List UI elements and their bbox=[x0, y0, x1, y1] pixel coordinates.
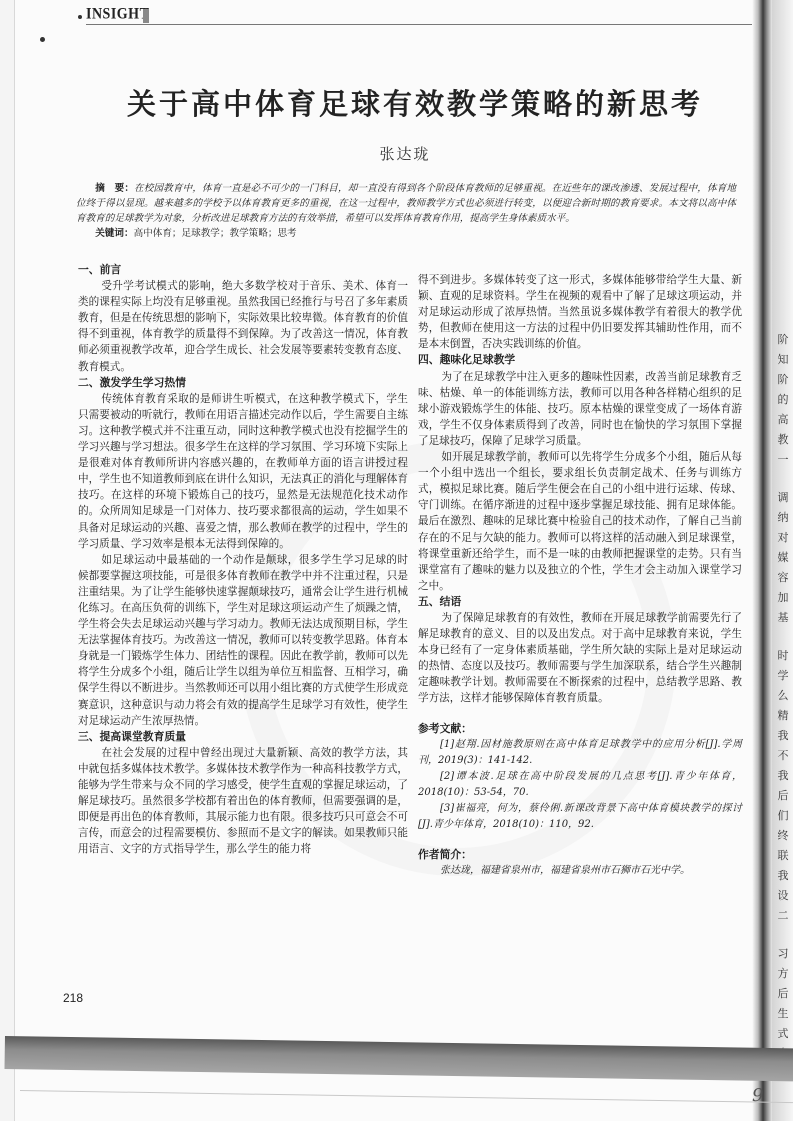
abstract-paragraph: 摘 要：在校园教育中，体育一直是必不可少的一门科目，却一直没有得到各个阶段体育教… bbox=[76, 181, 736, 226]
adjacent-page-char: 精 bbox=[778, 706, 789, 726]
adjacent-page-char: 联 bbox=[778, 846, 789, 866]
adjacent-page-char: 调 bbox=[778, 488, 789, 508]
author-bio-text: 张达珑，福建省泉州市，福建省泉州市石狮市石光中学。 bbox=[418, 863, 742, 879]
adjacent-page-char: 教 bbox=[778, 430, 789, 450]
adjacent-page-text: 阶知阶的高教一调纳对媒容加基时学么精我不我后们终联我设二习方后生式来取 bbox=[775, 330, 791, 1084]
abstract-label: 摘 要： bbox=[95, 183, 134, 194]
adjacent-page-char: 方 bbox=[778, 964, 789, 984]
keywords-line: 关键词：高中体育；足球教学；教学策略；思考 bbox=[76, 226, 736, 241]
section-heading-2: 二、激发学生学习热情 bbox=[78, 375, 408, 391]
adjacent-page-char: 时 bbox=[778, 646, 789, 666]
reference-item: [1]赵翔.因材施教原则在高中体育足球教学中的应用分析[J].学周刊，2019(… bbox=[418, 737, 742, 769]
scan-speck bbox=[78, 15, 82, 19]
keywords-label: 关键词： bbox=[95, 228, 133, 239]
paragraph: 为了在足球教学中注入更多的趣味性因素，改善当前足球教育乏味、枯燥、单一的体能训练… bbox=[418, 369, 742, 449]
keywords-text: 高中体育；足球教学；教学策略；思考 bbox=[134, 228, 297, 239]
adjacent-page-char: 媒 bbox=[778, 548, 789, 568]
paragraph: 在社会发展的过程中曾经出现过大量新颖、高效的教学方法，其中就包括多媒体技术教学。… bbox=[78, 745, 408, 858]
section-label: INSIGHT bbox=[86, 6, 149, 24]
reference-item: [3]崔福亮，何为，蔡伶俐.新课改背景下高中体育模块教学的探讨[J].青少年体育… bbox=[418, 801, 742, 833]
adjacent-page-char: 二 bbox=[778, 906, 789, 926]
section-heading-3: 三、提高课堂教育质量 bbox=[78, 729, 408, 745]
paragraph: 为了保障足球教育的有效性，教师在开展足球教学前需要先行了解足球教育的意义、目的以… bbox=[418, 610, 742, 707]
adjacent-page-char: 对 bbox=[778, 528, 789, 548]
section-heading-5: 五、结语 bbox=[418, 594, 742, 610]
section-heading-1: 一、前言 bbox=[78, 262, 408, 278]
adjacent-page-char: 式 bbox=[778, 1024, 789, 1044]
left-column: 一、前言 受升学考试模式的影响，绝大多数学校对于音乐、美术、体育一类的课程实际上… bbox=[78, 262, 408, 857]
adjacent-page-char: 们 bbox=[778, 806, 789, 826]
adjacent-page-char: 学 bbox=[778, 666, 789, 686]
article-author: 张达珑 bbox=[80, 143, 730, 164]
abstract-block: 摘 要：在校园教育中，体育一直是必不可少的一门科目，却一直没有得到各个阶段体育教… bbox=[76, 181, 736, 241]
abstract-text: 在校园教育中，体育一直是必不可少的一门科目，却一直没有得到各个阶段体育教师的足够… bbox=[76, 183, 736, 224]
adjacent-page-char: 习 bbox=[778, 944, 789, 964]
paragraph: 受升学考试模式的影响，绝大多数学校对于音乐、美术、体育一类的课程实际上均没有足够… bbox=[78, 278, 408, 375]
header-marker-block bbox=[143, 9, 149, 23]
article-title: 关于高中体育足球有效教学策略的新思考 bbox=[80, 82, 750, 123]
adjacent-page-char: 加 bbox=[778, 588, 789, 608]
book-spine-shadow bbox=[752, 0, 772, 1121]
scan-speck bbox=[40, 37, 45, 42]
adjacent-page-char: 的 bbox=[778, 390, 789, 410]
adjacent-page-char: 后 bbox=[778, 984, 789, 1004]
running-header: INSIGHT bbox=[86, 6, 766, 25]
handwritten-mark: 9 bbox=[752, 1085, 763, 1106]
adjacent-page-char: 我 bbox=[778, 866, 789, 886]
page-number: 218 bbox=[63, 991, 83, 1005]
adjacent-page-char: 设 bbox=[778, 886, 789, 906]
adjacent-page-char: 生 bbox=[778, 1004, 789, 1024]
adjacent-page-char: 一 bbox=[778, 450, 789, 470]
adjacent-page-char: 不 bbox=[778, 746, 789, 766]
adjacent-page-char: 基 bbox=[778, 608, 789, 628]
adjacent-page-char: 容 bbox=[778, 568, 789, 588]
section-heading-4: 四、趣味化足球教学 bbox=[418, 352, 742, 368]
adjacent-page-char: 阶 bbox=[778, 370, 789, 390]
adjacent-page-char: 纳 bbox=[778, 508, 789, 528]
adjacent-page-char: 后 bbox=[778, 786, 789, 806]
adjacent-page-char: 知 bbox=[778, 350, 789, 370]
right-column: 得不到进步。多媒体转变了这一形式，多媒体能够带给学生大量、新颖、直观的足球资料。… bbox=[418, 272, 742, 879]
paragraph: 传统体育教育采取的是师讲生听模式，在这种教学模式下，学生只需要被动的听就行，教师… bbox=[78, 391, 408, 552]
references-heading: 参考文献： bbox=[418, 721, 742, 737]
paragraph: 如足球运动中最基础的一个动作是颠球，很多学生学习足球的时候都要掌握这项技能，可是… bbox=[78, 552, 408, 729]
reference-item: [2]谭本波.足球在高中阶段发展的几点思考[J].青少年体育，2018(10)：… bbox=[418, 769, 742, 801]
adjacent-page-char: 阶 bbox=[778, 330, 789, 350]
adjacent-page-char: 高 bbox=[778, 410, 789, 430]
adjacent-page-char: 么 bbox=[778, 686, 789, 706]
adjacent-page-char: 我 bbox=[778, 726, 789, 746]
paragraph-continued: 得不到进步。多媒体转变了这一形式，多媒体能够带给学生大量、新颖、直观的足球资料。… bbox=[418, 272, 742, 352]
adjacent-page-char: 我 bbox=[778, 766, 789, 786]
paragraph: 如开展足球教学前，教师可以先将学生分成多个小组，随后从每一个小组中选出一个组长，… bbox=[418, 449, 742, 594]
author-bio-heading: 作者简介： bbox=[418, 847, 742, 863]
adjacent-page-char: 终 bbox=[778, 826, 789, 846]
